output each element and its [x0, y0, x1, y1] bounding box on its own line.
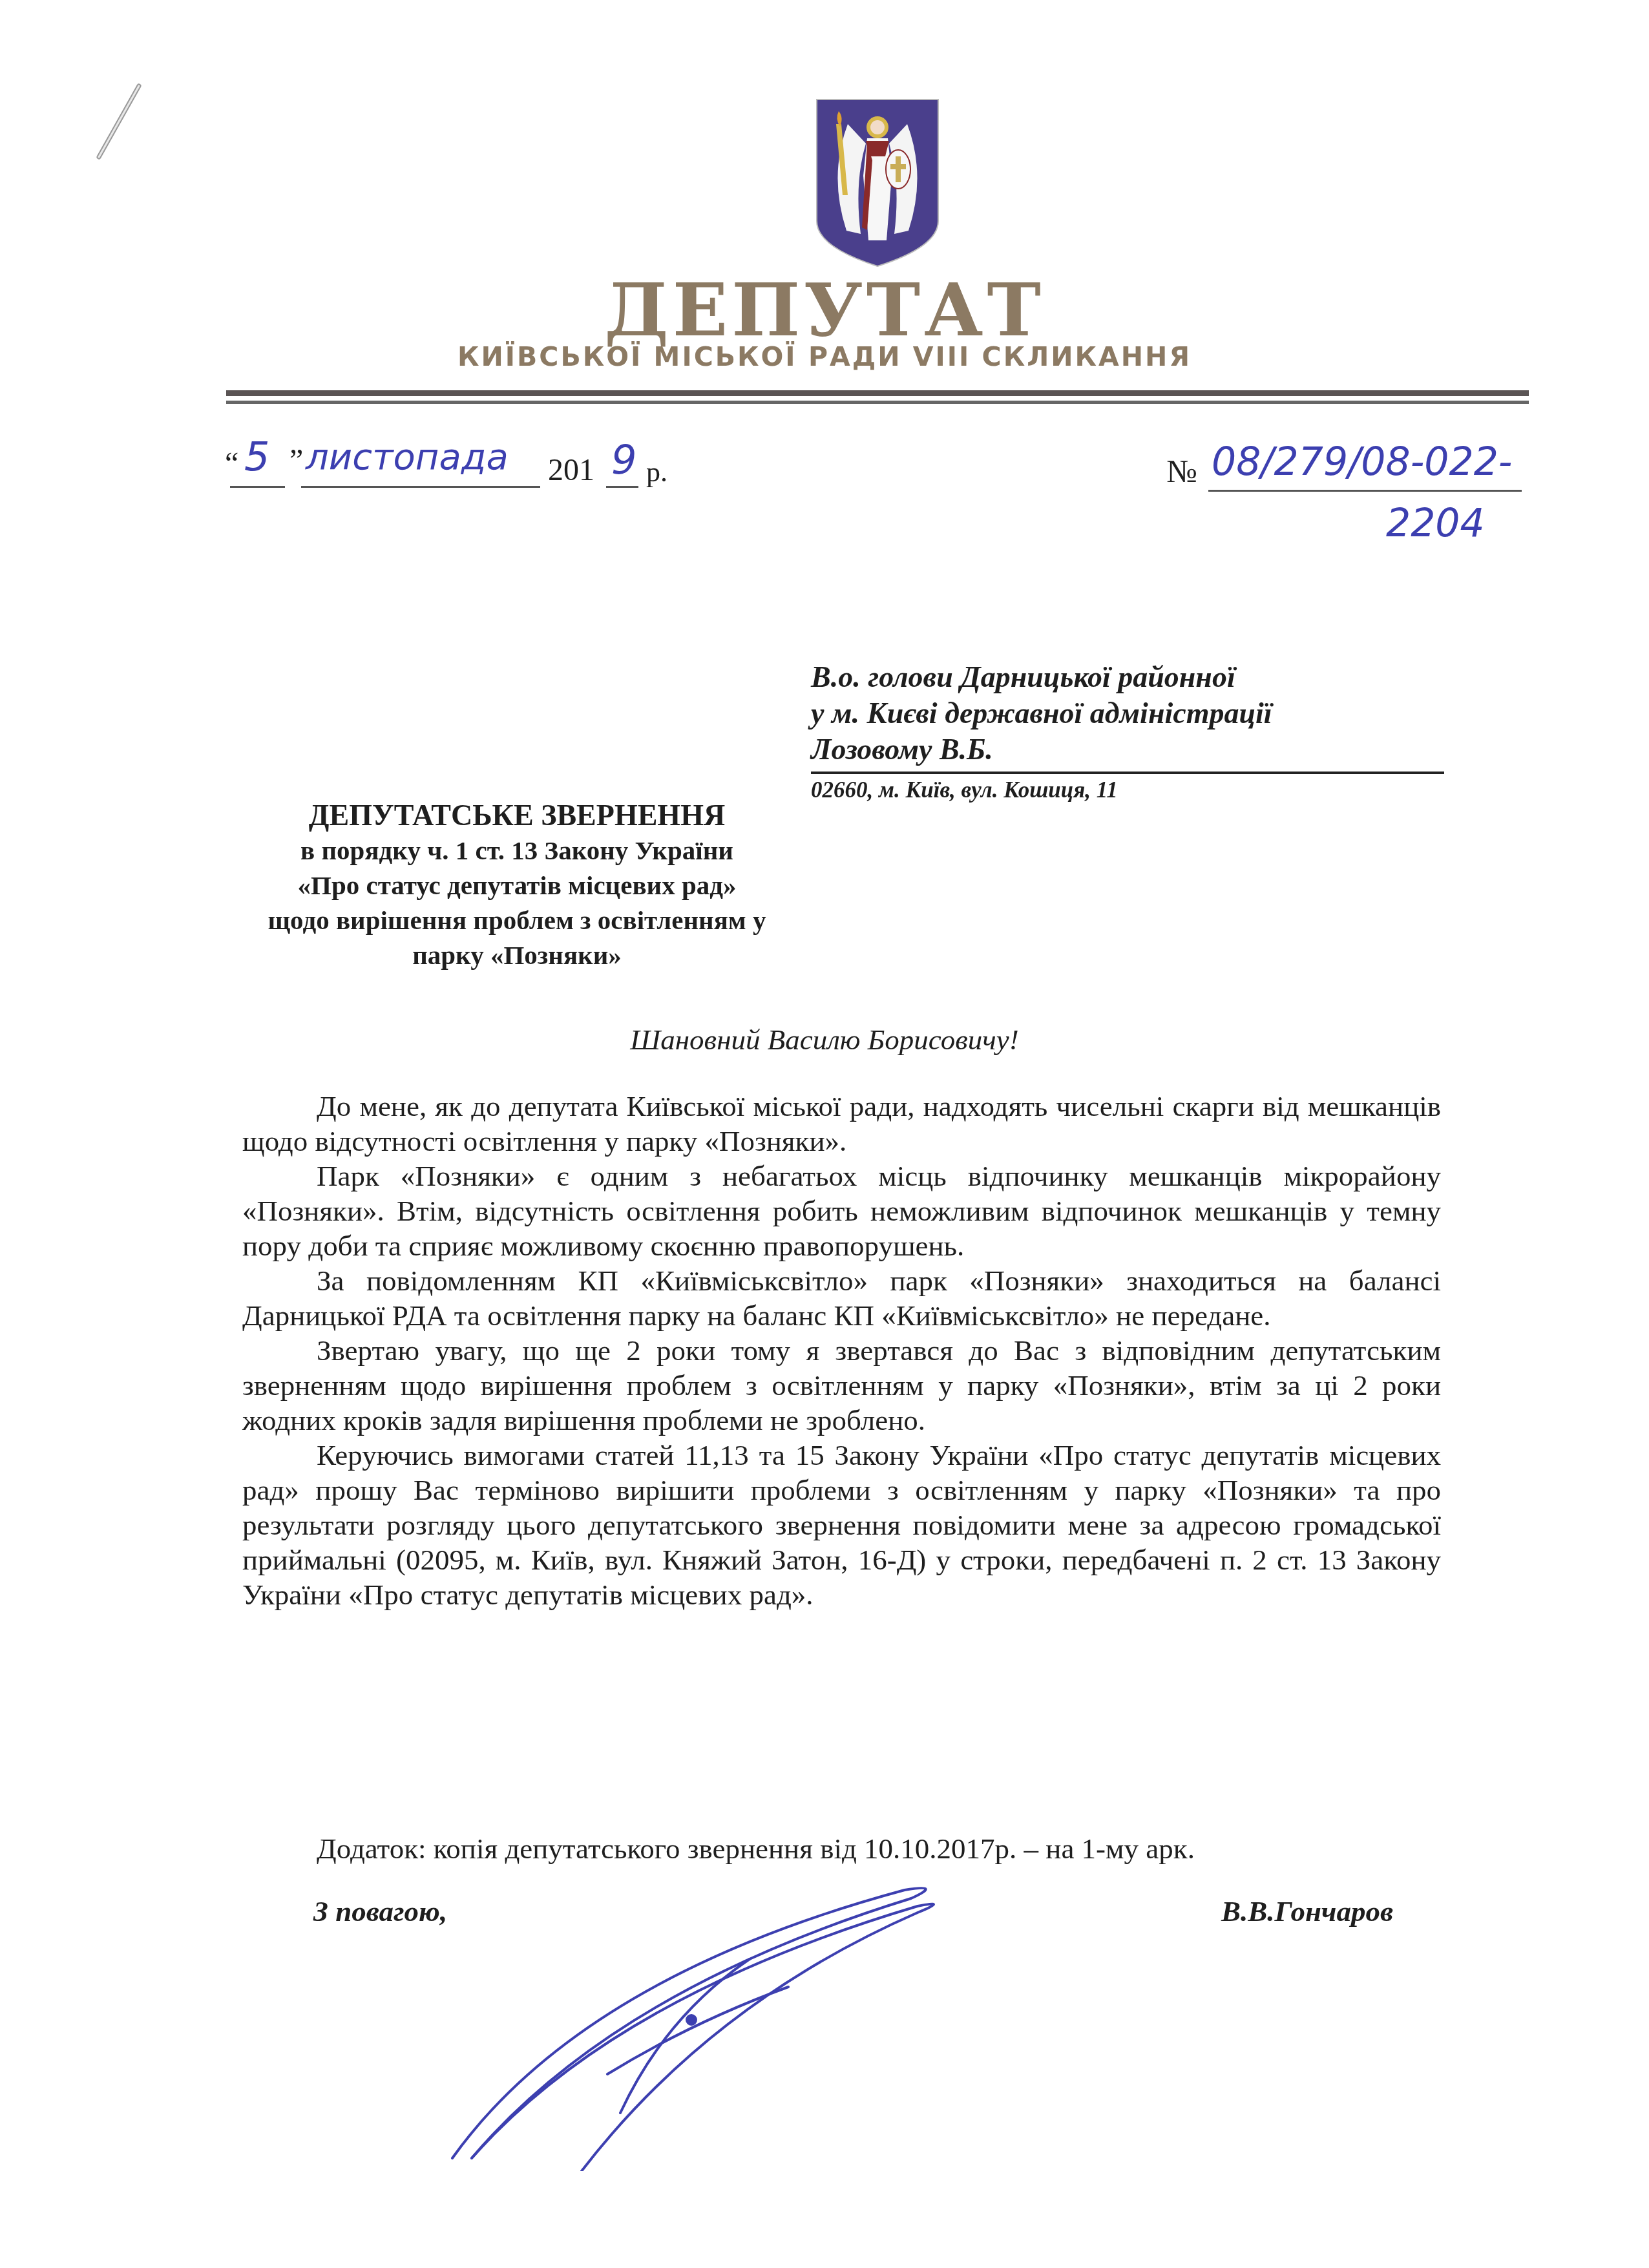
month-underline — [301, 486, 540, 488]
header-divider-thin — [226, 401, 1529, 404]
letterhead-subtitle: КИЇВСЬКОЇ МІСЬКОЇ РАДИ VIII СКЛИКАННЯ — [0, 341, 1649, 372]
number-line-1: 08/279/08-022- — [1212, 439, 1512, 485]
date-year-mark: р. — [646, 456, 667, 488]
scan-artifact-mark — [94, 81, 145, 165]
addressee-line: Лозовому В.Б. — [811, 731, 1444, 768]
body-paragraph: Парк «Позняки» є одним з небагатьох місц… — [242, 1159, 1441, 1263]
body-paragraph: За повідомленням КП «Київміськсвітло» па… — [242, 1263, 1441, 1333]
date-open-quote: “ — [225, 446, 238, 481]
appeal-subline: парку «Позняки» — [213, 938, 821, 972]
number-underline — [1208, 490, 1522, 492]
body-paragraph: Звертаю увагу, що ще 2 роки тому я зверт… — [242, 1333, 1441, 1438]
letter-body: До мене, як до депутата Київської місько… — [242, 1089, 1441, 1612]
header-divider-thick — [226, 390, 1529, 396]
appeal-subline: «Про статус депутатів місцевих рад» — [213, 868, 821, 903]
number-sign: № — [1166, 452, 1197, 490]
addressee-block: В.о. голови Дарницької районної у м. Киє… — [811, 659, 1444, 806]
date-year-prefix: 201 — [548, 452, 594, 488]
appeal-subline: в порядку ч. 1 ст. 13 Закону України — [213, 833, 821, 868]
addressee-line: В.о. голови Дарницької районної — [811, 659, 1444, 695]
date-day: 5 — [244, 433, 269, 480]
date-month: листопада — [306, 436, 509, 478]
addressee-address: 02660, м. Київ, вул. Кошиця, 11 — [811, 774, 1444, 806]
signer-name: В.В.Гончаров — [1221, 1895, 1393, 1928]
body-paragraph: До мене, як до депутата Київської місько… — [242, 1089, 1441, 1159]
appeal-subline: щодо вирішення проблем з освітленням у — [213, 903, 821, 938]
addressee-line: у м. Києві державної адміністрації — [811, 695, 1444, 731]
letterhead-title: ДЕПУТАТ — [0, 268, 1649, 353]
appeal-heading: ДЕПУТАТСЬКЕ ЗВЕРНЕННЯ в порядку ч. 1 ст.… — [213, 798, 821, 972]
body-paragraph: Керуючись вимогами статей 11,13 та 15 За… — [242, 1438, 1441, 1612]
date-close-quote: ” — [289, 443, 303, 478]
handwritten-signature — [388, 1848, 1098, 2171]
year-underline — [606, 486, 638, 488]
appeal-title: ДЕПУТАТСЬКЕ ЗВЕРНЕННЯ — [213, 798, 821, 833]
date-year-suffix: 9 — [611, 436, 636, 483]
kyiv-crest-icon — [815, 98, 940, 268]
number-line-2: 2204 — [1386, 501, 1485, 546]
salutation: Шановний Василю Борисовичу! — [0, 1023, 1649, 1056]
day-underline — [230, 486, 285, 488]
